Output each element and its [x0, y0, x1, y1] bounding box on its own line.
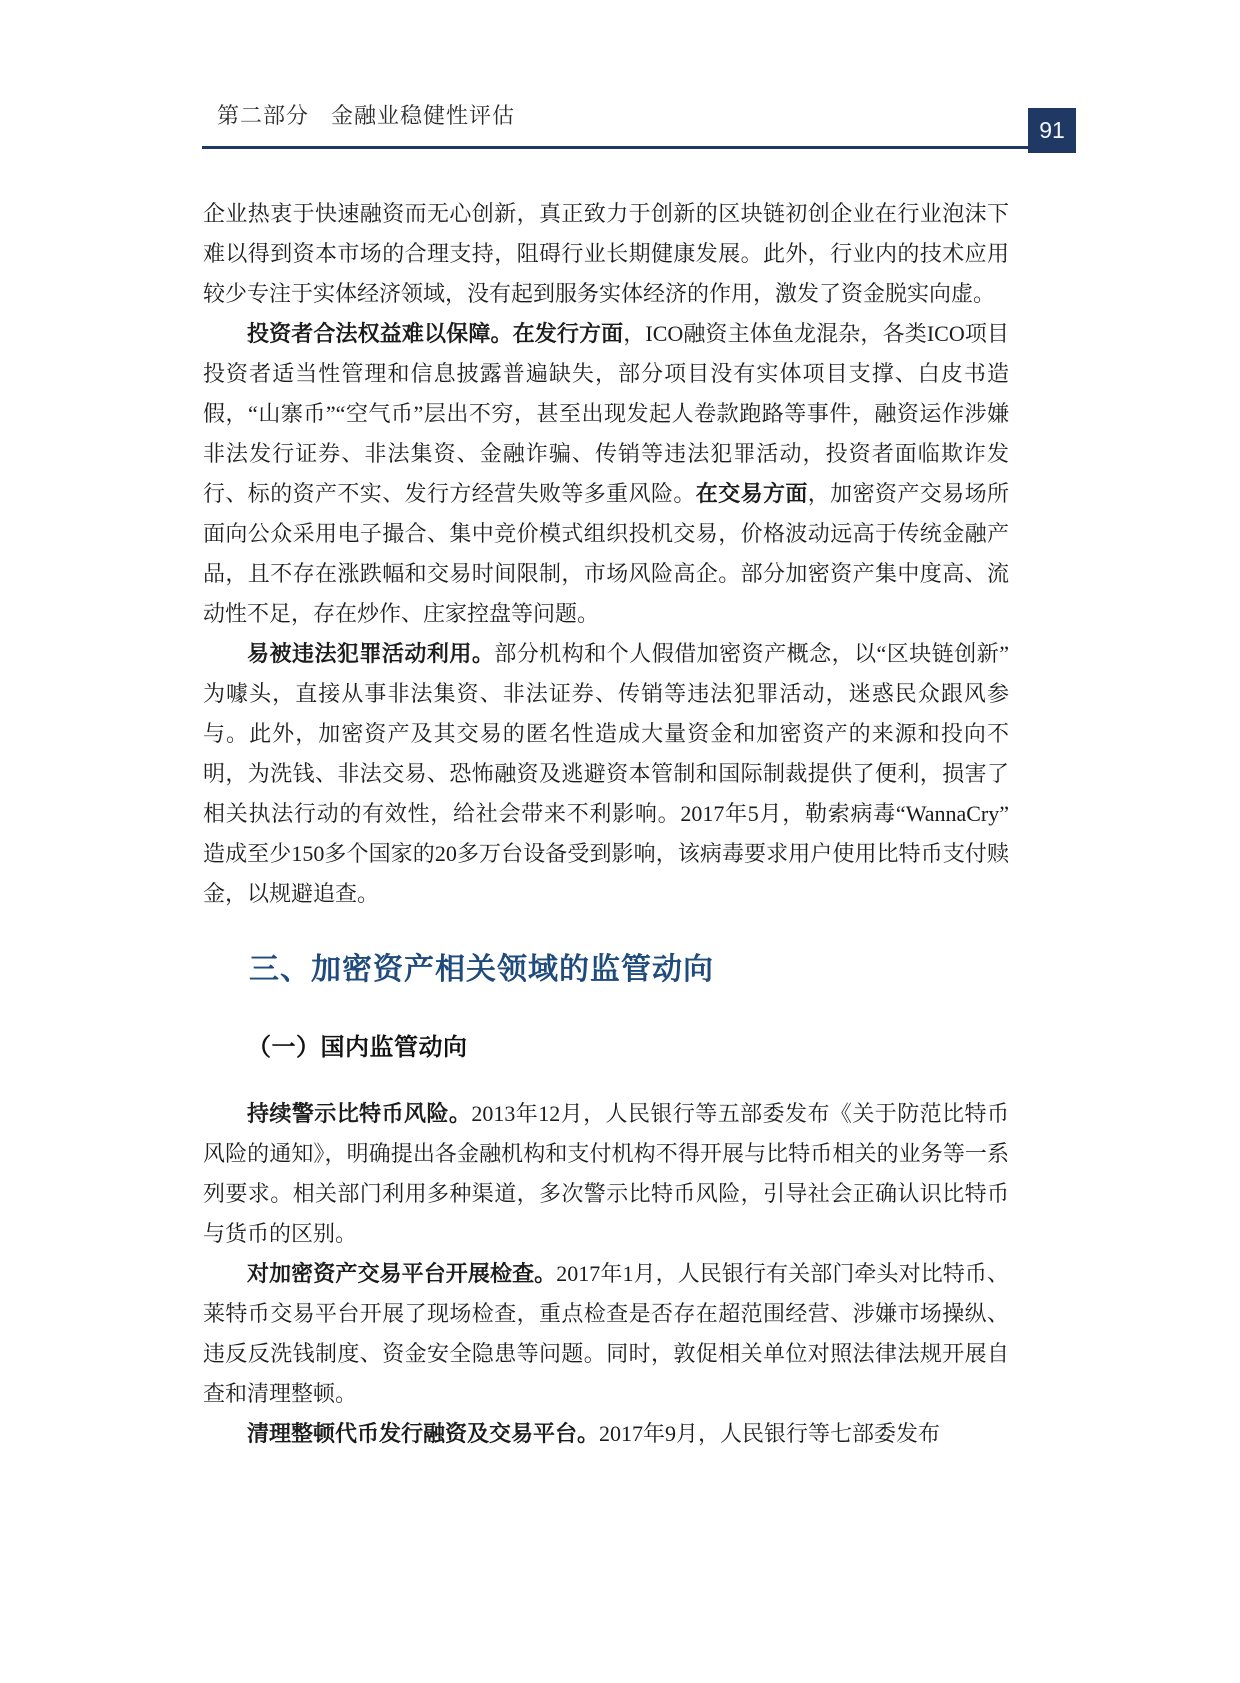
paragraph-lead-bold: 持续警示比特币风险。: [247, 1101, 471, 1126]
paragraph-platform-inspection: 对加密资产交易平台开展检查。2017年1月，人民银行有关部门牵头对比特币、莱特币…: [203, 1254, 1009, 1414]
paragraph-lead-bold: 对加密资产交易平台开展检查。: [247, 1261, 556, 1286]
paragraph-investor-protection: 投资者合法权益难以保障。在发行方面，ICO融资主体鱼龙混杂，各类ICO项目投资者…: [203, 314, 1009, 634]
paragraph-text: ，ICO融资主体鱼龙混杂，各类ICO项目投资者适当性管理和信息披露普遍缺失，部分…: [203, 321, 1009, 506]
paragraph-lead-bold: 清理整顿代币发行融资及交易平台。: [247, 1421, 599, 1446]
paragraph-inline-bold: 在交易方面: [696, 481, 808, 506]
section-heading: 三、加密资产相关领域的监管动向: [249, 948, 1009, 992]
paragraph-text: 部分机构和个人假借加密资产概念，以“区块链创新”为噱头，直接从事非法集资、非法证…: [203, 641, 1009, 906]
paragraph-text: 企业热衷于快速融资而无心创新，真正致力于创新的区块链初创企业在行业泡沫下难以得到…: [203, 201, 1009, 306]
header-section-label: 第二部分: [217, 103, 309, 128]
header-rule: [202, 146, 1076, 149]
header-section-title: 金融业稳健性评估: [331, 103, 515, 128]
document-page: 第二部分金融业稳健性评估 91 企业热衷于快速融资而无心创新，真正致力于创新的区…: [0, 0, 1240, 1683]
paragraph-ico-cleanup: 清理整顿代币发行融资及交易平台。2017年9月，人民银行等七部委发布: [203, 1414, 1009, 1454]
paragraph-lead-bold: 投资者合法权益难以保障。在发行方面: [247, 321, 623, 346]
page-number: 91: [1039, 117, 1065, 144]
subsection-heading: （一）国内监管动向: [247, 1030, 1009, 1066]
paragraph-continuation: 企业热衷于快速融资而无心创新，真正致力于创新的区块链初创企业在行业泡沫下难以得到…: [203, 194, 1009, 314]
paragraph-lead-bold: 易被违法犯罪活动利用。: [247, 641, 494, 666]
page-number-badge: 91: [1028, 108, 1076, 153]
paragraph-text: 2017年9月，人民银行等七部委发布: [599, 1421, 940, 1446]
running-header: 第二部分金融业稳健性评估: [217, 101, 515, 131]
page-body: 企业热衷于快速融资而无心创新，真正致力于创新的区块链初创企业在行业泡沫下难以得到…: [203, 194, 1009, 1454]
paragraph-criminal-abuse: 易被违法犯罪活动利用。部分机构和个人假借加密资产概念，以“区块链创新”为噱头，直…: [203, 634, 1009, 914]
paragraph-bitcoin-risk-warning: 持续警示比特币风险。2013年12月，人民银行等五部委发布《关于防范比特币风险的…: [203, 1094, 1009, 1254]
